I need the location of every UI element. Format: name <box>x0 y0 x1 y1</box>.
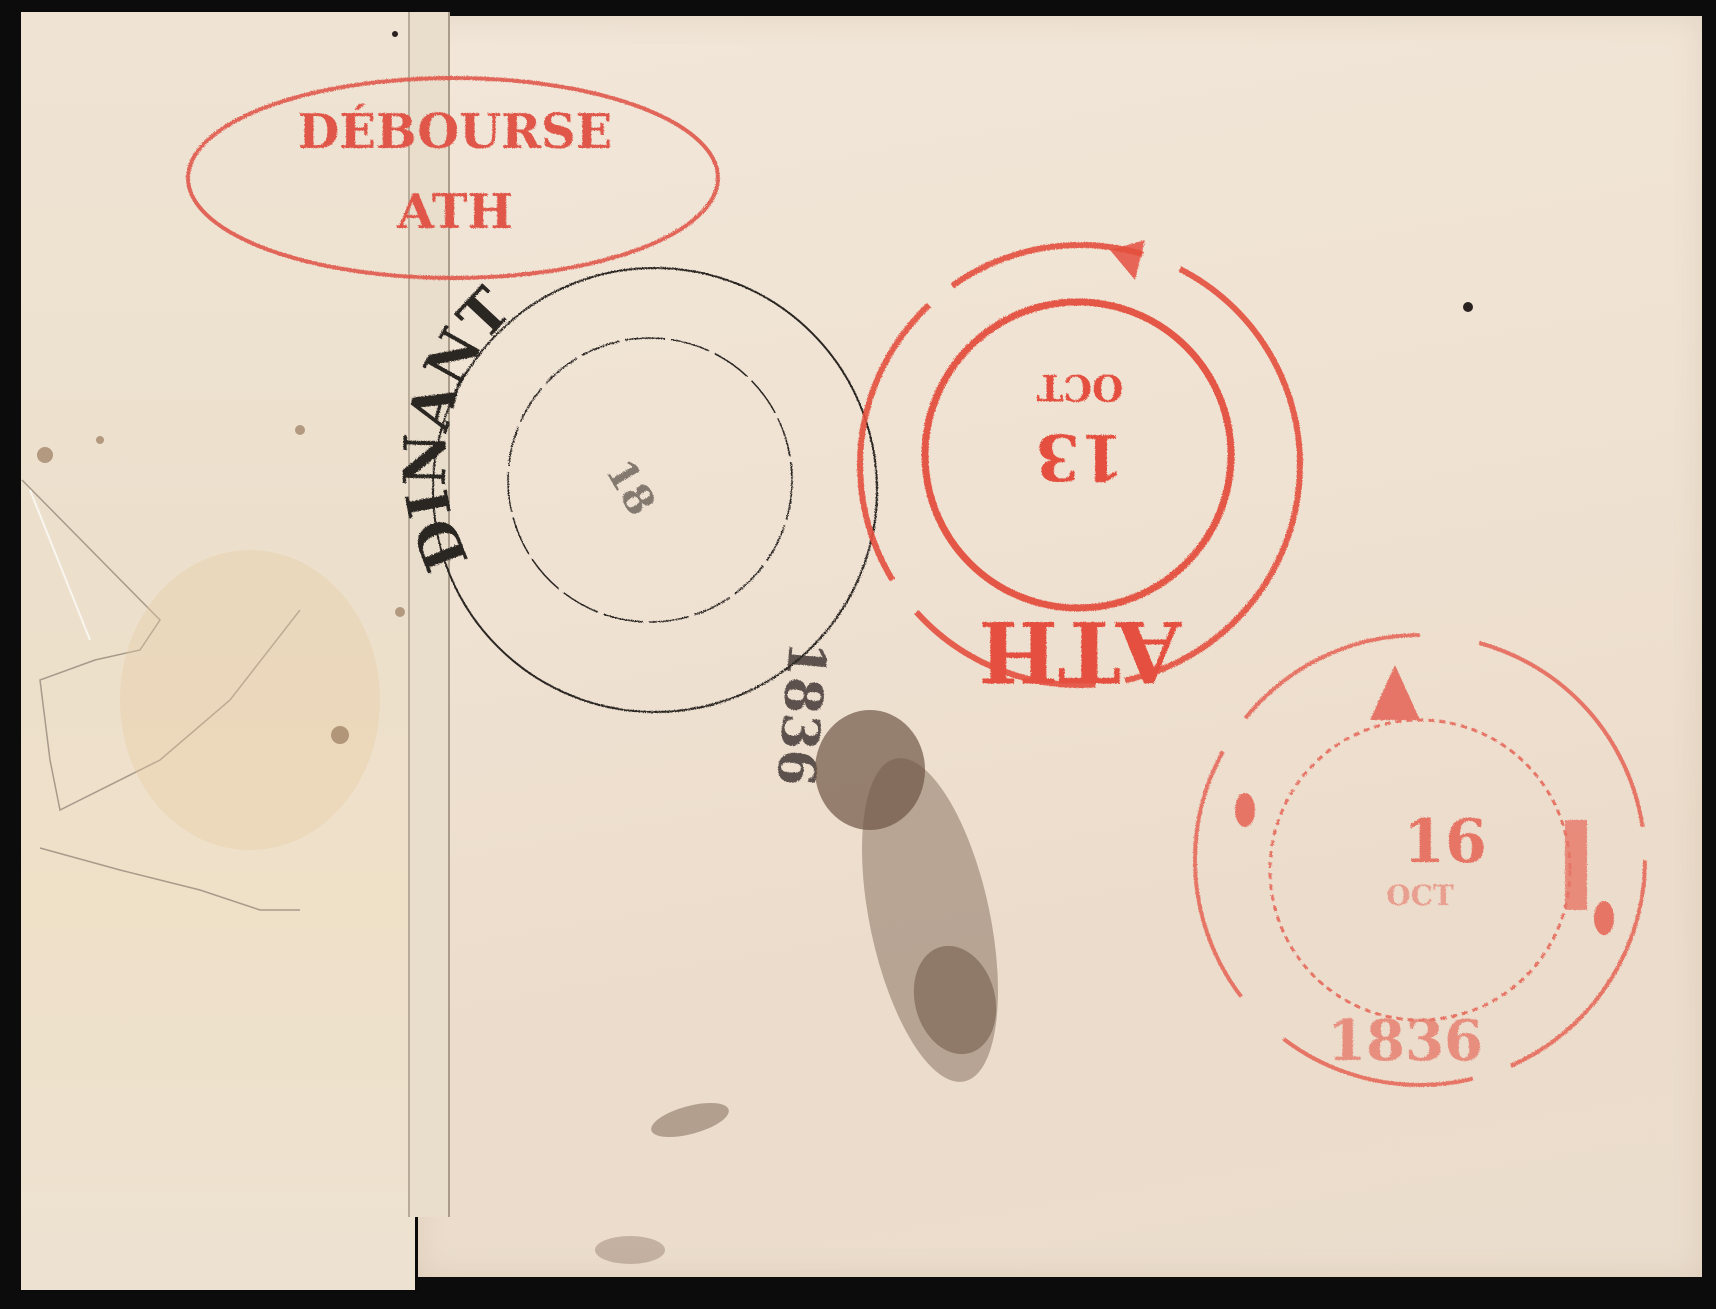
ath-month: OCT <box>1036 366 1123 408</box>
ath-town-text: ATH <box>979 602 1182 701</box>
arrival-postmark: 16 OCT 1836 <box>1195 635 1645 1085</box>
dinant-postmark: DINANT 18 1836 <box>391 268 877 788</box>
debourse-oval-stamp: DÉBOURSE ATH <box>188 78 718 278</box>
ink-stain <box>595 710 1023 1264</box>
wax-seal-residue <box>120 550 380 850</box>
dinant-day: 18 <box>596 452 665 524</box>
stamps-layer: DÉBOURSE ATH DINANT 18 1836 13 OCT ATH 1… <box>0 0 1716 1309</box>
debourse-text: DÉBOURSE <box>298 103 612 160</box>
ath-postmark: 13 OCT ATH <box>860 240 1300 701</box>
arrival-year: 1836 <box>1327 1008 1483 1074</box>
ath-text: ATH <box>396 184 513 240</box>
dinant-town-text: DINANT <box>391 275 524 581</box>
arrival-month: OCT <box>1386 879 1454 912</box>
arrival-day: 16 <box>1403 807 1487 877</box>
ath-day: 13 <box>1035 419 1124 494</box>
svg-text:DINANT: DINANT <box>391 275 524 581</box>
